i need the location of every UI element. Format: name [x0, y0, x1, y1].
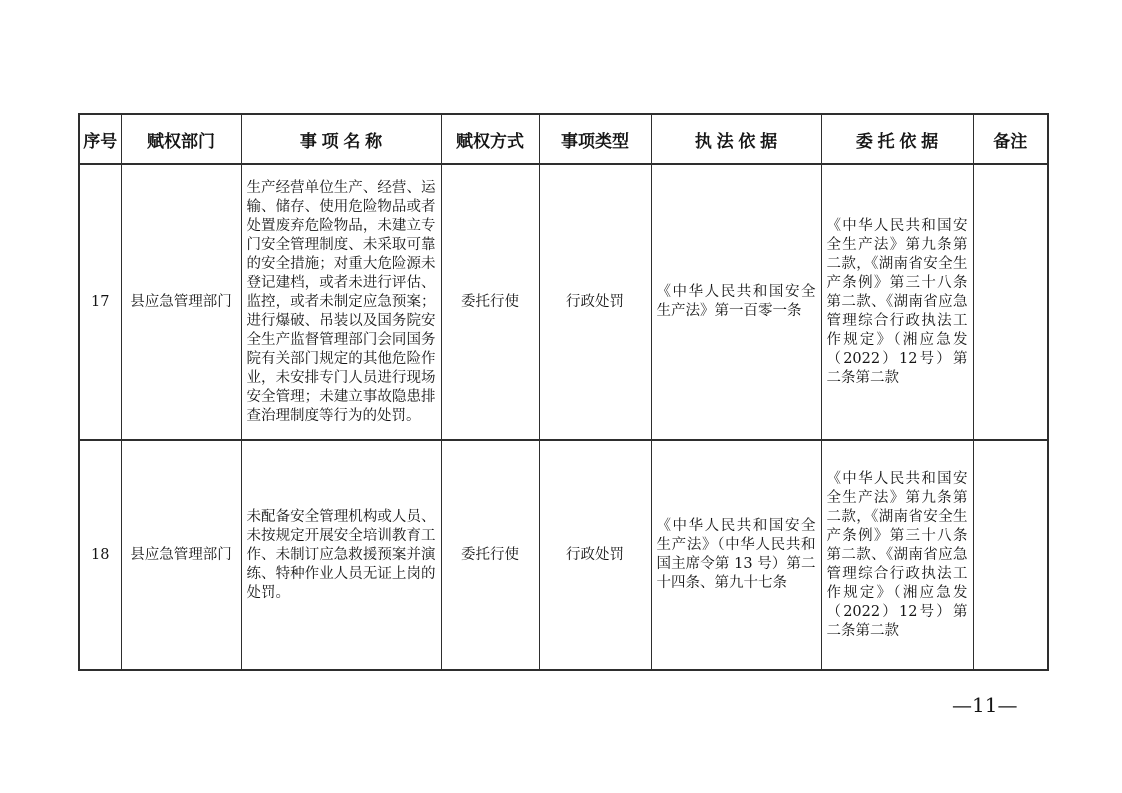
- cell-legal-basis: 《中华人民共和国安全生产法》第一百零一条: [651, 164, 821, 440]
- cell-type: 行政处罚: [539, 164, 651, 440]
- cell-item-name: 生产经营单位生产、经营、运输、储存、使用危险物品或者处置废弃危险物品，未建立专门…: [241, 164, 441, 440]
- cell-entrust-basis: 《中华人民共和国安全生产法》第九条第二款，《湖南省安全生产条例》第三十八条第二款…: [821, 164, 973, 440]
- authorization-matters-table: 序号 赋权部门 事 项 名 称 赋权方式 事项类型 执 法 依 据 委 托 依 …: [78, 113, 1049, 671]
- col-header-remark: 备注: [973, 114, 1048, 164]
- col-header-type: 事项类型: [539, 114, 651, 164]
- cell-department: 县应急管理部门: [121, 164, 241, 440]
- cell-legal-basis: 《中华人民共和国安全生产法》（中华人民共和国主席令第 13 号）第二十四条、第九…: [651, 440, 821, 670]
- cell-remark: [973, 164, 1048, 440]
- col-header-index: 序号: [79, 114, 121, 164]
- cell-department: 县应急管理部门: [121, 440, 241, 670]
- col-header-department: 赋权部门: [121, 114, 241, 164]
- col-header-item-name: 事 项 名 称: [241, 114, 441, 164]
- cell-entrust-basis: 《中华人民共和国安全生产法》第九条第二款，《湖南省安全生产条例》第三十八条第二款…: [821, 440, 973, 670]
- table-header-row: 序号 赋权部门 事 项 名 称 赋权方式 事项类型 执 法 依 据 委 托 依 …: [79, 114, 1048, 164]
- col-header-method: 赋权方式: [441, 114, 539, 164]
- col-header-entrust-basis: 委 托 依 据: [821, 114, 973, 164]
- table-row: 17 县应急管理部门 生产经营单位生产、经营、运输、储存、使用危险物品或者处置废…: [79, 164, 1048, 440]
- cell-index: 17: [79, 164, 121, 440]
- col-header-legal-basis: 执 法 依 据: [651, 114, 821, 164]
- cell-type: 行政处罚: [539, 440, 651, 670]
- cell-item-name: 未配备安全管理机构或人员、未按规定开展安全培训教育工作、未制订应急救援预案并演练…: [241, 440, 441, 670]
- cell-index: 18: [79, 440, 121, 670]
- cell-remark: [973, 440, 1048, 670]
- cell-method: 委托行使: [441, 440, 539, 670]
- page-number: —11—: [952, 693, 1017, 717]
- document-page: 序号 赋权部门 事 项 名 称 赋权方式 事项类型 执 法 依 据 委 托 依 …: [0, 0, 1122, 793]
- cell-method: 委托行使: [441, 164, 539, 440]
- table-row: 18 县应急管理部门 未配备安全管理机构或人员、未按规定开展安全培训教育工作、未…: [79, 440, 1048, 670]
